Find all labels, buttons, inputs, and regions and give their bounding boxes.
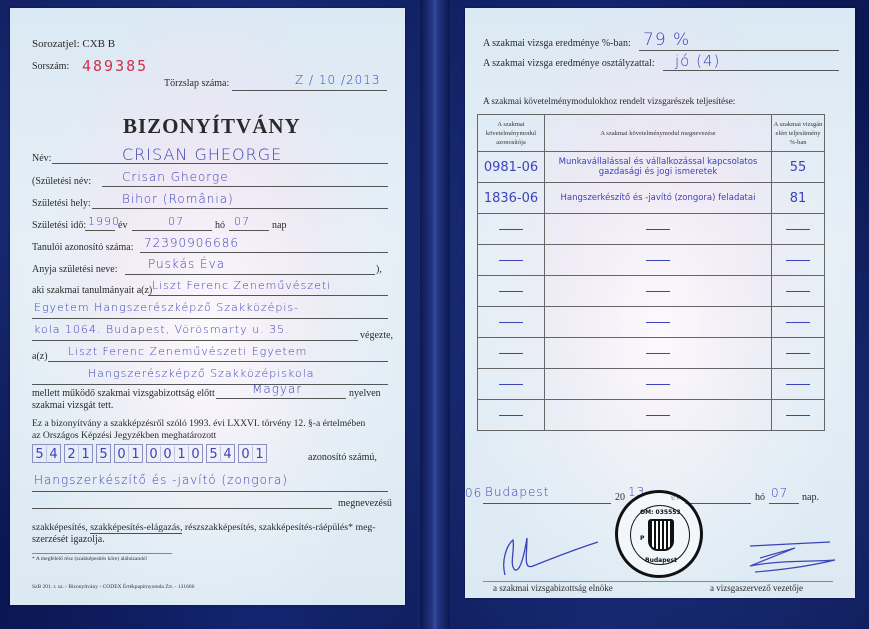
mother-name-value: Puskás Éva: [148, 257, 225, 271]
birth-place-label: Születési hely:: [32, 198, 91, 209]
okj-digit-group: 21: [64, 444, 93, 463]
year-prefix: 20: [615, 492, 625, 503]
stamp-city: Budapest: [645, 557, 677, 564]
studies-line-3: kola 1064. Budapest, Vörösmarty u. 35.: [34, 323, 290, 336]
header-module-id: A szakmai követelménymodul azonosítója: [478, 115, 545, 152]
serial-label: Sorszám:: [32, 61, 69, 72]
committee-label: mellett működő szakmai vizsgabizottság e…: [32, 388, 215, 399]
month-value: 06: [465, 486, 482, 500]
language-suffix: nyelven: [349, 388, 381, 399]
official-stamp: OM: 035553 P Budapest: [615, 490, 703, 578]
print-info: SzB 201. r. sz. - Bizonyítvány - CODEX É…: [32, 584, 194, 590]
module-name: [545, 307, 772, 338]
module-name: [545, 214, 772, 245]
module-score: [772, 276, 825, 307]
day-suffix: nap: [272, 220, 286, 231]
table-row: [478, 307, 825, 338]
document-title: BIZONYÍTVÁNY: [123, 114, 301, 139]
name-label: Név:: [32, 153, 51, 164]
underlined-option: szakképesítés-elágazás,: [90, 522, 182, 534]
signature-right-label: a vizsgaszervező vezetője: [710, 583, 803, 593]
birth-date-label: Születési idő:: [32, 220, 86, 231]
okj-digit-group: 01: [114, 444, 143, 463]
footnote: * A megfelelő rész (szakképesítés köre) …: [32, 556, 147, 562]
table-row: [478, 369, 825, 400]
certificate-back-page: A szakmai vizsga eredménye %-ban: 79 % A…: [465, 8, 855, 598]
certify-line-1: szakképesítés, szakképesítés-elágazás, r…: [32, 522, 376, 533]
module-score: [772, 338, 825, 369]
qualification-suffix: megnevezésű: [338, 498, 392, 509]
mother-name-close: ),: [376, 264, 382, 275]
birth-name-value: Crisan Gheorge: [122, 170, 229, 184]
modules-heading: A szakmai követelménymodulokhoz rendelt …: [483, 96, 735, 106]
module-name: [545, 400, 772, 431]
module-name: [545, 245, 772, 276]
result-grade-label: A szakmai vizsga eredménye osztályzattal…: [483, 58, 655, 69]
year-suffix: év: [118, 220, 127, 231]
module-score: [772, 400, 825, 431]
module-score: [772, 307, 825, 338]
student-id-value: 72390906686: [144, 236, 239, 250]
module-id: [478, 276, 545, 307]
result-percent-label: A szakmai vizsga eredménye %-ban:: [483, 38, 631, 49]
organizer-signature: [720, 538, 840, 578]
module-score: 55: [772, 152, 825, 183]
okj-suffix: azonosító számú,: [308, 452, 377, 463]
module-id: [478, 400, 545, 431]
module-score: [772, 369, 825, 400]
okj-digit-group: 01: [238, 444, 267, 463]
module-id: [478, 245, 545, 276]
module-name: [545, 338, 772, 369]
module-name: Munkavállalással és vállalkozással kapcs…: [545, 152, 772, 183]
table-row: [478, 338, 825, 369]
chairman-signature: [493, 530, 603, 580]
birth-day: 07: [234, 215, 250, 228]
birth-year: 1990: [88, 215, 120, 228]
module-name: [545, 369, 772, 400]
studies-line-1: Liszt Ferenc Zeneművészeti: [152, 279, 331, 292]
exam-place-line-2: Hangszerészképző Szakközépiskola: [88, 367, 315, 380]
table-row: [478, 276, 825, 307]
language-value: Magyar: [252, 382, 302, 396]
law-text-line-1: Ez a bizonyítvány a szakképzésről szóló …: [32, 418, 365, 429]
table-row: 0981-06Munkavállalással és vállalkozássa…: [478, 152, 825, 183]
okj-digit-group: 0010: [146, 444, 203, 463]
signature-left-label: a szakmai vizsgabizottság elnöke: [493, 583, 613, 593]
module-name: Hangszerkészítő és -javító (zongora) fel…: [545, 183, 772, 214]
student-id-label: Tanulói azonosító száma:: [32, 242, 134, 253]
result-percent-value: 79 %: [643, 30, 690, 50]
stamp-om: OM: 035553: [640, 509, 681, 516]
place-value: Budapest: [485, 485, 549, 499]
table-row: [478, 245, 825, 276]
birth-month: 07: [168, 215, 184, 228]
certify-line-2: szerzését igazolja.: [32, 534, 105, 545]
law-text-line-2: az Országos Képzési Jegyzékben meghatáro…: [32, 430, 216, 441]
table-row: [478, 214, 825, 245]
birth-name-label: (Születési név:: [32, 176, 91, 187]
okj-digit-group: 54: [32, 444, 61, 463]
table-row: 1836-06Hangszerkészítő és -javító (zongo…: [478, 183, 825, 214]
result-grade-value: jó (4): [675, 52, 720, 70]
serial-number: 489385: [82, 57, 148, 75]
series-label: Sorozatjel: CXB B: [32, 38, 115, 50]
header-module-score: A szakmai vizsgán elért teljesítmény %-b…: [772, 115, 825, 152]
month-suffix: hó: [755, 492, 765, 503]
studies-label: aki szakmai tanulmányait a(z): [32, 285, 152, 296]
qualification-value: Hangszerkészítő és -javító (zongora): [34, 473, 288, 487]
exam-place-line-1: Liszt Ferenc Zeneművészeti Egyetem: [68, 345, 307, 358]
book-spine: [420, 0, 450, 629]
month-suffix: hó: [215, 220, 225, 231]
table-row: [478, 400, 825, 431]
module-id: 1836-06: [478, 183, 545, 214]
module-score: [772, 214, 825, 245]
okj-id-boxes: 542150100105401: [32, 444, 270, 463]
module-id: 0981-06: [478, 152, 545, 183]
name-value: CRISAN GHEORGE: [122, 145, 282, 164]
coat-of-arms-icon: [648, 519, 674, 551]
register-label: Törzslap száma:: [164, 78, 229, 89]
module-name: [545, 276, 772, 307]
exam-taken-text: szakmai vizsgát tett.: [32, 400, 113, 411]
certificate-front-page: Sorozatjel: CXB B Sorszám: 489385 Törzsl…: [10, 8, 405, 605]
day-suffix: nap.: [802, 492, 819, 503]
mother-name-label: Anyja születési neve:: [32, 264, 118, 275]
module-id: [478, 338, 545, 369]
modules-table: A szakmai követelménymodul azonosítója A…: [477, 114, 825, 431]
az-label: a(z): [32, 351, 48, 362]
stamp-letter: P: [640, 535, 644, 542]
birth-place-value: Bihor (România): [122, 192, 234, 206]
studies-line-2: Egyetem Hangszerészképző Szakközépis-: [34, 301, 299, 314]
okj-digit-group: 54: [206, 444, 235, 463]
header-module-name: A szakmai követelménymodul megnevezése: [545, 115, 772, 152]
module-score: [772, 245, 825, 276]
module-id: [478, 214, 545, 245]
register-value: Z / 10 /2013: [295, 73, 381, 87]
completed-label: végezte,: [360, 330, 393, 341]
okj-digit-group: 5: [96, 444, 111, 463]
module-score: 81: [772, 183, 825, 214]
module-id: [478, 369, 545, 400]
module-id: [478, 307, 545, 338]
day-value: 07: [771, 486, 788, 500]
